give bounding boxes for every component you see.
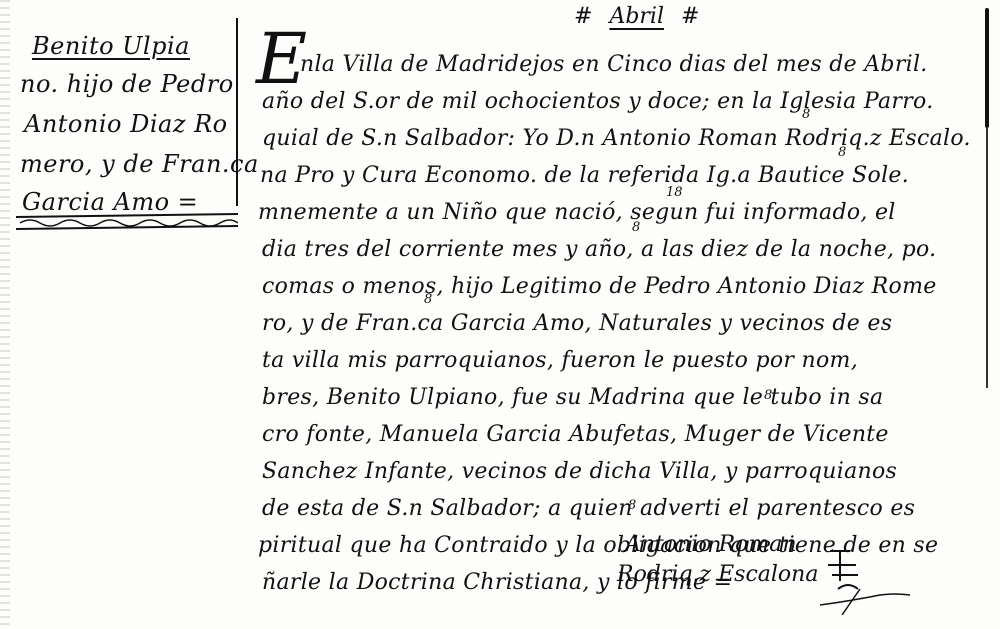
page-edge	[0, 0, 10, 629]
body-line-2: año del S.or de mil ochocientos y doce; …	[262, 89, 934, 115]
binding-line	[986, 128, 988, 388]
body-line-5: mnemente a un Niño que nació, segun fui …	[258, 200, 896, 226]
body-line-6: dia tres del corriente mes y año, a las …	[262, 237, 936, 263]
margin-note: Benito Ulpia no. hijo de Pedro Antonio D…	[18, 18, 238, 206]
body-line-9: ta villa mis parroquianos, fueron le pue…	[262, 348, 858, 374]
interlinear-mark: 8	[838, 145, 846, 160]
register-page: Benito Ulpia no. hijo de Pedro Antonio D…	[0, 0, 1000, 629]
heading-mark-right: #	[681, 4, 699, 29]
body-line-12: Sanchez Infante, vecinos de dicha Villa,…	[262, 459, 897, 485]
interlinear-mark: 18	[666, 185, 683, 200]
signature-line-1: Antonio Roman	[625, 530, 818, 560]
signature-line-2: Rodriq.z Escalona	[617, 560, 818, 590]
body-line-4: na Pro y Cura Economo. de la referida Ig…	[260, 163, 909, 189]
body-line-13: de esta de S.n Salbador; a quien adverti…	[262, 496, 915, 522]
body-line-1: nla Villa de Madridejos en Cinco dias de…	[300, 52, 928, 78]
interlinear-mark: 8	[628, 498, 636, 513]
margin-line-1: Benito Ulpia	[32, 32, 190, 60]
interlinear-mark: 8	[764, 388, 772, 403]
interlinear-mark: 8	[632, 220, 640, 235]
signature: Antonio Roman Rodriq.z Escalona	[625, 530, 818, 590]
interlinear-mark: 8	[802, 107, 810, 122]
margin-line-3: Antonio Diaz Ro	[24, 110, 228, 138]
binding-mark	[985, 8, 989, 128]
body-line-8: ro, y de Fran.ca Garcia Amo, Naturales y…	[262, 311, 892, 337]
body-line-7: comas o menos, hijo Legitimo de Pedro An…	[262, 274, 937, 300]
entry-heading: # Abril #	[574, 4, 699, 29]
body-line-10: bres, Benito Ulpiano, fue su Madrina que…	[262, 385, 883, 411]
margin-line-4: mero, y de Fran.ca	[20, 150, 259, 178]
interlinear-mark: 8	[424, 292, 432, 307]
margin-line-2: no. hijo de Pedro	[20, 70, 234, 98]
heading-month: Abril	[609, 4, 664, 29]
signature-rubric	[820, 545, 910, 615]
body-line-3: quial de S.n Salbador: Yo D.n Antonio Ro…	[262, 126, 971, 152]
ornamental-divider	[16, 212, 238, 232]
heading-mark-left: #	[574, 4, 592, 29]
body-line-11: cro fonte, Manuela Garcia Abufetas, Muge…	[262, 422, 889, 448]
